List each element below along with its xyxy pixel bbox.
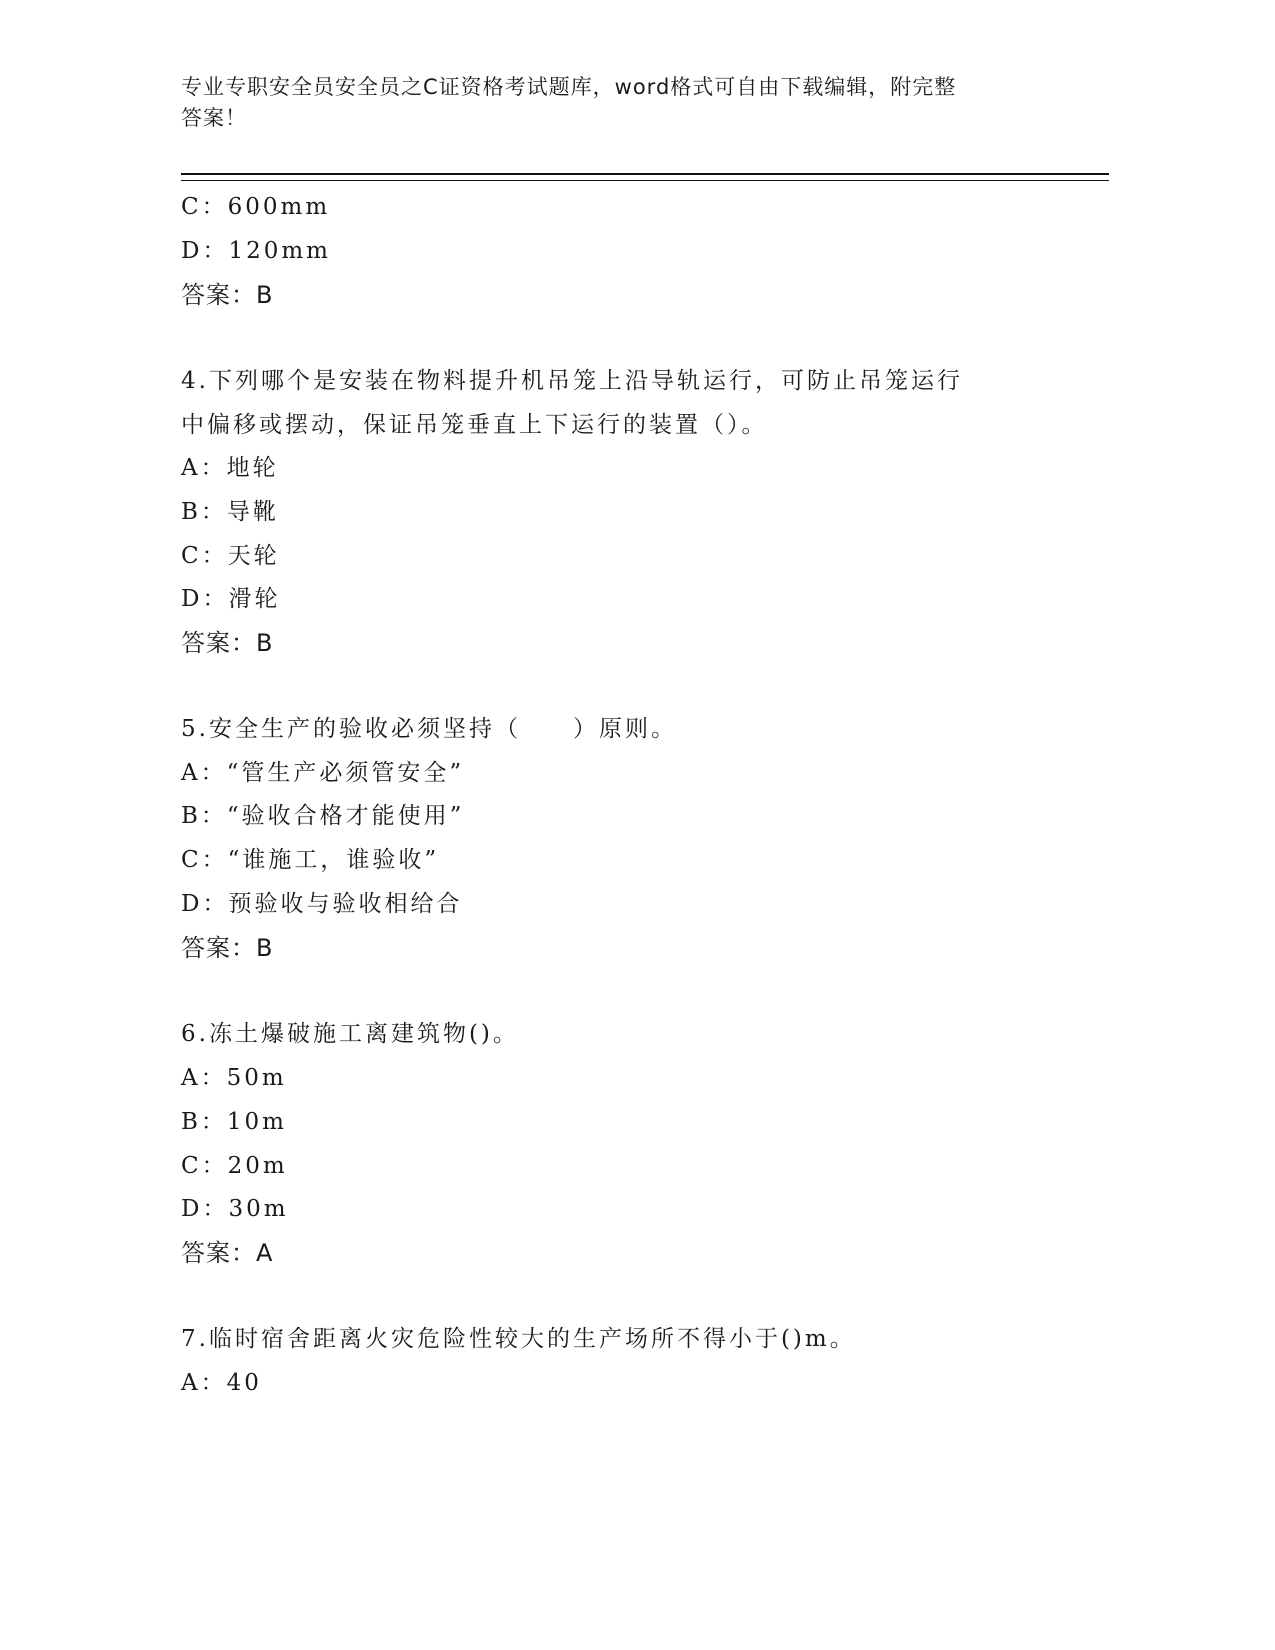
option-c: C：天轮: [181, 537, 280, 570]
answer: 答案：B: [181, 623, 273, 658]
option-a: A：“管生产必须管安全”: [181, 754, 464, 787]
question-stem: 4.下列哪个是安装在物料提升机吊笼上沿导轨运行，可防止吊笼运行: [181, 362, 963, 395]
answer: 答案：B: [181, 275, 273, 310]
option-d: D：滑轮: [181, 580, 280, 613]
option-a: A：40: [181, 1364, 262, 1397]
document-header: 专业专职安全员安全员之C证资格考试题库，word格式可自由下载编辑，附完整 答案…: [181, 72, 1041, 134]
answer: 答案：A: [181, 1233, 273, 1268]
option-d: D：120mm: [181, 232, 331, 265]
option-c: C：20m: [181, 1147, 288, 1180]
option-d: D：30m: [181, 1190, 289, 1223]
question-stem: 5.安全生产的验收必须坚持（ ）原则。: [181, 710, 677, 743]
option-a: A：50m: [181, 1059, 287, 1092]
answer: 答案：B: [181, 928, 273, 963]
header-line-1: 专业专职安全员安全员之C证资格考试题库，word格式可自由下载编辑，附完整: [181, 72, 1041, 103]
question-stem: 6.冻土爆破施工离建筑物()。: [181, 1015, 519, 1048]
header-rule-thick: [181, 173, 1109, 175]
option-b: B：导靴: [181, 493, 279, 526]
option-b: B：10m: [181, 1103, 287, 1136]
header-line-2: 答案！: [181, 103, 1041, 134]
question-stem: 7.临时宿舍距离火灾危险性较大的生产场所不得小于()m。: [181, 1320, 856, 1353]
question-stem: 中偏移或摆动，保证吊笼垂直上下运行的装置（）。: [181, 406, 768, 439]
option-c: C：600mm: [181, 188, 330, 221]
header-rule-thin: [181, 180, 1109, 181]
option-b: B：“验收合格才能使用”: [181, 797, 464, 830]
option-d: D：预验收与验收相给合: [181, 885, 462, 918]
option-c: C：“谁施工，谁验收”: [181, 841, 439, 874]
option-a: A：地轮: [181, 449, 279, 482]
